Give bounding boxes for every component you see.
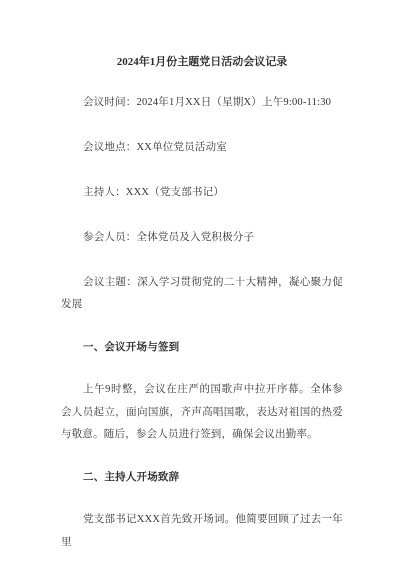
section-1-paragraph: 上午9时整，会议在庄严的国歌声中拉开序幕。全体参会人员起立，面向国旗，齐声高唱国… bbox=[61, 379, 343, 447]
section-2-heading: 二、主持人开场致辞 bbox=[61, 467, 343, 490]
host-line: 主持人：XXX（党支部书记） bbox=[61, 182, 343, 205]
meeting-topic-line: 会议主题：深入学习贯彻党的二十大精神，凝心聚力促发展 bbox=[61, 272, 343, 317]
meeting-time-line: 会议时间：2024年1月XX日（星期X）上午9:00-11:30 bbox=[61, 92, 343, 115]
section-1-heading: 一、会议开场与签到 bbox=[61, 337, 343, 360]
meeting-place-line: 会议地点：XX单位党员活动室 bbox=[61, 137, 343, 160]
section-2-paragraph: 党支部书记XXX首先致开场词。他简要回顾了过去一年里 bbox=[61, 509, 343, 554]
document-title: 2024年1月份主题党日活动会议记录 bbox=[61, 51, 343, 74]
attendees-line: 参会人员：全体党员及入党积极分子 bbox=[61, 227, 343, 250]
document-page: 2024年1月份主题党日活动会议记录 会议时间：2024年1月XX日（星期X）上… bbox=[0, 0, 410, 580]
